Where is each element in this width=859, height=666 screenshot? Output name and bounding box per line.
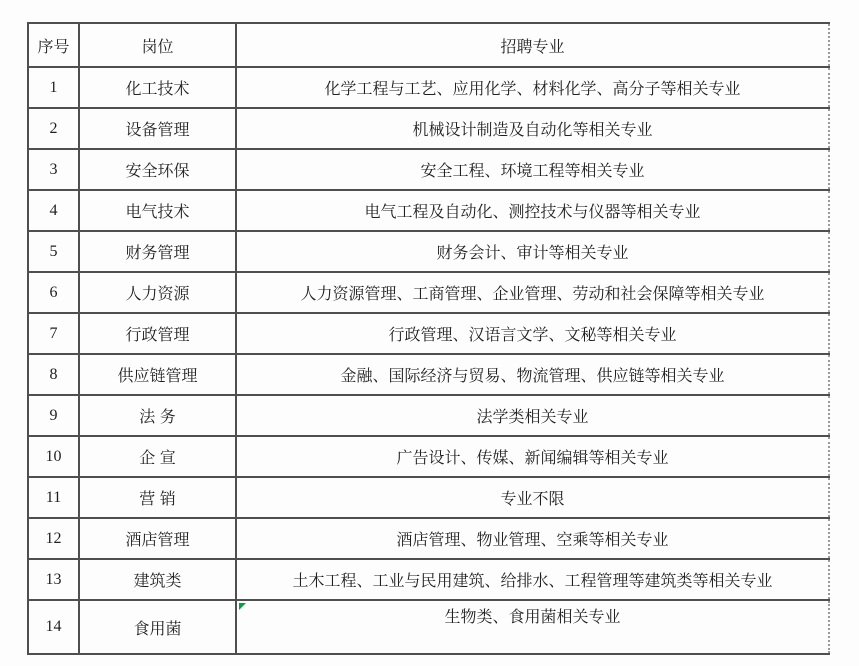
majors-cell: 金融、国际经济与贸易、物流管理、供应链等相关专业 xyxy=(236,354,829,395)
majors-cell: 土木工程、工业与民用建筑、给排水、工程管理等建筑类等相关专业 xyxy=(236,559,829,600)
majors-cell: 化学工程与工艺、应用化学、材料化学、高分子等相关专业 xyxy=(236,67,829,108)
table-row: 7 行政管理 行政管理、汉语言文学、文秘等相关专业 xyxy=(28,313,829,354)
majors-text: 人力资源管理、工商管理、企业管理、劳动和社会保障等相关专业 xyxy=(300,286,764,303)
majors-cell: 机械设计制造及自动化等相关专业 xyxy=(236,108,829,149)
row-number-cell: 13 xyxy=(28,559,79,600)
majors-text: 土木工程、工业与民用建筑、给排水、工程管理等建筑类等相关专业 xyxy=(292,573,772,590)
row-number-cell: 5 xyxy=(28,231,79,272)
table-row: 4 电气技术 电气工程及自动化、测控技术与仪器等相关专业 xyxy=(28,190,829,231)
majors-text: 财务会计、审计等相关专业 xyxy=(436,245,628,262)
position-cell: 营 销 xyxy=(79,477,236,518)
majors-cell: 电气工程及自动化、测控技术与仪器等相关专业 xyxy=(236,190,829,231)
position-cell: 法 务 xyxy=(79,395,236,436)
recruitment-table-container: 序号 岗位 招聘专业 1 化工技术 化学工程与工艺、应用化学、材料化学、高分子等… xyxy=(27,22,828,655)
position-cell: 食用菌 xyxy=(79,600,236,654)
position-cell: 酒店管理 xyxy=(79,518,236,559)
table-row: 6 人力资源 人力资源管理、工商管理、企业管理、劳动和社会保障等相关专业 xyxy=(28,272,829,313)
position-cell: 供应链管理 xyxy=(79,354,236,395)
row-number-cell: 3 xyxy=(28,149,79,190)
position-cell: 人力资源 xyxy=(79,272,236,313)
majors-cell: 酒店管理、物业管理、空乘等相关专业 xyxy=(236,518,829,559)
majors-text: 生物类、食用菌相关专业 xyxy=(444,609,620,626)
majors-cell: 人力资源管理、工商管理、企业管理、劳动和社会保障等相关专业 xyxy=(236,272,829,313)
header-cell-serial-number: 序号 xyxy=(28,23,79,67)
table-row: 9 法 务 法学类相关专业 xyxy=(28,395,829,436)
table-row: 13 建筑类 土木工程、工业与民用建筑、给排水、工程管理等建筑类等相关专业 xyxy=(28,559,829,600)
recruitment-table: 序号 岗位 招聘专业 1 化工技术 化学工程与工艺、应用化学、材料化学、高分子等… xyxy=(27,22,830,655)
position-cell: 电气技术 xyxy=(79,190,236,231)
majors-cell: 广告设计、传媒、新闻编辑等相关专业 xyxy=(236,436,829,477)
table-row: 8 供应链管理 金融、国际经济与贸易、物流管理、供应链等相关专业 xyxy=(28,354,829,395)
row-number-cell: 14 xyxy=(28,600,79,654)
row-number-cell: 6 xyxy=(28,272,79,313)
header-cell-recruiting-majors: 招聘专业 xyxy=(236,23,829,67)
majors-cell: 法学类相关专业 xyxy=(236,395,829,436)
majors-cell: 行政管理、汉语言文学、文秘等相关专业 xyxy=(236,313,829,354)
majors-text: 酒店管理、物业管理、空乘等相关专业 xyxy=(396,532,668,549)
cell-flag-triangle-icon xyxy=(239,603,246,610)
position-cell: 财务管理 xyxy=(79,231,236,272)
majors-cell: 专业不限 xyxy=(236,477,829,518)
position-cell: 化工技术 xyxy=(79,67,236,108)
table-row: 2 设备管理 机械设计制造及自动化等相关专业 xyxy=(28,108,829,149)
row-number-cell: 8 xyxy=(28,354,79,395)
row-number-cell: 9 xyxy=(28,395,79,436)
row-number-cell: 10 xyxy=(28,436,79,477)
majors-text: 金融、国际经济与贸易、物流管理、供应链等相关专业 xyxy=(340,368,724,385)
row-number-cell: 4 xyxy=(28,190,79,231)
position-cell: 建筑类 xyxy=(79,559,236,600)
row-number-cell: 11 xyxy=(28,477,79,518)
table-row: 5 财务管理 财务会计、审计等相关专业 xyxy=(28,231,829,272)
row-number-cell: 1 xyxy=(28,67,79,108)
table-row: 3 安全环保 安全工程、环境工程等相关专业 xyxy=(28,149,829,190)
table-row: 10 企 宣 广告设计、传媒、新闻编辑等相关专业 xyxy=(28,436,829,477)
position-cell: 设备管理 xyxy=(79,108,236,149)
table-row: 1 化工技术 化学工程与工艺、应用化学、材料化学、高分子等相关专业 xyxy=(28,67,829,108)
row-number-cell: 12 xyxy=(28,518,79,559)
majors-text: 机械设计制造及自动化等相关专业 xyxy=(412,122,652,139)
majors-cell: 生物类、食用菌相关专业 xyxy=(236,600,829,654)
table-row: 14 食用菌 生物类、食用菌相关专业 xyxy=(28,600,829,654)
majors-text: 广告设计、传媒、新闻编辑等相关专业 xyxy=(396,450,668,467)
majors-text: 专业不限 xyxy=(500,491,564,508)
majors-text: 电气工程及自动化、测控技术与仪器等相关专业 xyxy=(364,204,700,221)
header-row: 序号 岗位 招聘专业 xyxy=(28,23,829,67)
majors-cell: 财务会计、审计等相关专业 xyxy=(236,231,829,272)
row-number-cell: 2 xyxy=(28,108,79,149)
position-cell: 行政管理 xyxy=(79,313,236,354)
position-cell: 安全环保 xyxy=(79,149,236,190)
majors-cell: 安全工程、环境工程等相关专业 xyxy=(236,149,829,190)
header-cell-position: 岗位 xyxy=(79,23,236,67)
position-cell: 企 宣 xyxy=(79,436,236,477)
majors-text: 化学工程与工艺、应用化学、材料化学、高分子等相关专业 xyxy=(324,81,740,98)
majors-text: 法学类相关专业 xyxy=(476,409,588,426)
majors-text: 行政管理、汉语言文学、文秘等相关专业 xyxy=(388,327,676,344)
majors-text: 安全工程、环境工程等相关专业 xyxy=(420,163,644,180)
row-number-cell: 7 xyxy=(28,313,79,354)
table-row: 12 酒店管理 酒店管理、物业管理、空乘等相关专业 xyxy=(28,518,829,559)
table-row: 11 营 销 专业不限 xyxy=(28,477,829,518)
